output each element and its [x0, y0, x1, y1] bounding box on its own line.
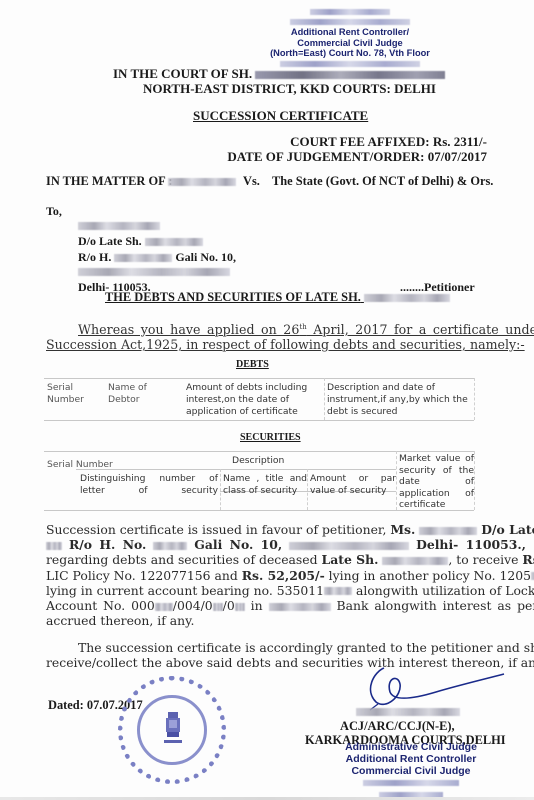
signature-icon — [356, 662, 506, 712]
district-line: NORTH-EAST DISTRICT, KKD COURTS: DELHI — [143, 81, 436, 97]
intro-line-2: Succession Act,1925, in respect of follo… — [46, 337, 525, 352]
securities-col-name-title: Name , title and class of security — [223, 473, 307, 497]
para-line: R/o H. No. Gali No. 10, Delhi- 110053., — [46, 537, 482, 552]
para-line: LIC Policy No. 122077156 and Rs. 52,205/… — [46, 568, 482, 583]
judgement-date: DATE OF JUDGEMENT/ORDER: 07/07/2017 — [227, 149, 487, 165]
para-line: regarding debts and securities of deceas… — [46, 552, 482, 567]
para-line: accrued thereon, if any. — [46, 613, 482, 628]
debts-securities-heading: THE DEBTS AND SECURITIES OF LATE SH. — [105, 290, 450, 305]
succession-certificate-page: Additional Rent Controller/ Commercial C… — [0, 0, 534, 800]
to-label: To, — [46, 204, 62, 219]
debts-col-serial: Serial Number — [47, 382, 107, 406]
text: Bank alongwith interest as per rules, — [331, 598, 534, 613]
page-title: SUCCESSION CERTIFICATE — [193, 108, 368, 124]
redacted — [235, 603, 245, 611]
redacted-name — [310, 9, 390, 15]
text: Ms. — [390, 522, 415, 537]
designation: ACJ/ARC/CCJ(N-E), — [340, 719, 455, 734]
address-ro: R/o H. Gali No. 10, — [78, 250, 236, 265]
matter-label: IN THE MATTER OF : — [46, 174, 172, 189]
redacted-house-no — [114, 254, 172, 262]
redacted-judge-name — [255, 71, 445, 79]
para-line: Succession certificate is issued in favo… — [46, 522, 482, 537]
text: LIC Policy No. 122077156 and — [46, 568, 242, 583]
address-do: D/o Late Sh. — [78, 234, 203, 249]
intro-text-rest: April, 2017 for a certificate under Part… — [307, 322, 534, 337]
ashoka-emblem-icon — [162, 710, 184, 748]
judge-stamp-line: Administrative Civil Judge — [336, 741, 486, 753]
redacted-deceased-name — [364, 294, 450, 302]
redacted-judge-name — [356, 708, 460, 716]
text: /0 — [223, 598, 235, 613]
respondent: The State (Govt. Of NCT of Delhi) & Ors. — [272, 174, 493, 189]
redacted-father-name — [145, 238, 203, 246]
judge-stamp-line: Commercial Civil Judge — [336, 765, 486, 777]
text: D/o Late Sh. — [481, 522, 534, 537]
issuance-paragraph: Succession certificate is issued in favo… — [46, 522, 482, 628]
redacted — [419, 527, 477, 535]
text: R/o H. No. — [69, 537, 146, 552]
securities-title: SECURITIES — [240, 432, 301, 443]
securities-col-description: Description — [232, 455, 312, 467]
court-seal-icon — [118, 676, 226, 784]
text: Late Sh. — [322, 552, 379, 567]
text: /004/0 — [173, 598, 213, 613]
debts-col-amount: Amount of debts including interest,on th… — [186, 382, 324, 418]
address-ro-prefix: R/o H. — [78, 250, 111, 264]
debts-heading-text: THE DEBTS AND SECURITIES OF LATE SH. — [105, 290, 361, 304]
para-line: Account No. 000/004/0/0 in Bank alongwit… — [46, 598, 482, 613]
address-ro-suffix: Gali No. 10, — [175, 250, 236, 264]
text: Delhi- 110053., — [416, 537, 526, 552]
stamp-line: Commercial Civil Judge — [250, 38, 450, 49]
para-line: lying in current account bearing no. 535… — [46, 583, 482, 598]
stamp-line: Additional Rent Controller/ — [250, 27, 450, 38]
securities-col-market-value: Market value of security of the date of … — [399, 453, 474, 511]
redacted — [324, 587, 352, 595]
address-do-text: D/o Late Sh. — [78, 234, 142, 248]
text: Rs. 52,205/- — [242, 568, 325, 583]
redacted — [363, 780, 459, 786]
versus: Vs. — [243, 174, 260, 189]
redacted-name — [290, 19, 410, 25]
redacted — [153, 542, 187, 550]
debts-title: DEBTS — [236, 359, 269, 370]
text: , to receive — [448, 552, 522, 567]
intro-text: Whereas you have applied on 26 — [78, 322, 299, 337]
text: Gali No. 10, — [194, 537, 282, 552]
text: Account No. 000 — [46, 598, 155, 613]
court-fee: COURT FEE AFFIXED: Rs. 2311/- — [290, 134, 487, 150]
court-line-text: IN THE COURT OF SH. — [113, 66, 252, 81]
redacted — [46, 542, 62, 550]
court-line: IN THE COURT OF SH. — [113, 66, 445, 82]
text: alongwith utilization of Locker No. — [352, 583, 534, 598]
securities-col-amount: Amount or par value of security — [310, 473, 396, 497]
text: in — [245, 598, 269, 613]
judge-stamp: Administrative Civil Judge Additional Re… — [336, 741, 486, 800]
text: regarding debts and securities of deceas… — [46, 552, 322, 567]
securities-col-distinguishing: Distinguishing number of letter of secur… — [80, 473, 218, 497]
debts-col-description: Description and date of instrument,if an… — [327, 382, 473, 418]
redacted — [213, 603, 223, 611]
stamp-line: (North=East) Court No. 78, Vth Floor — [250, 48, 450, 59]
text: lying in current account bearing no. 535… — [46, 583, 324, 598]
para-line: The succession certificate is accordingl… — [46, 640, 482, 655]
text: Succession certificate is issued in favo… — [46, 522, 390, 537]
redacted — [382, 557, 448, 565]
intro-line-1: Whereas you have applied on 26th April, … — [78, 322, 482, 337]
securities-col-serial: Serial Number — [47, 459, 127, 471]
redacted — [155, 603, 173, 611]
text: lying in another policy No. 1205 — [325, 568, 531, 583]
judge-stamp-line: Additional Rent Controller — [336, 753, 486, 765]
text: Rs. 40,213/- — [522, 552, 534, 567]
redacted-bank-name — [269, 603, 331, 611]
intro-sup: th — [299, 323, 306, 331]
court-stamp-top: Additional Rent Controller/ Commercial C… — [250, 6, 450, 69]
redacted-locality — [78, 268, 230, 276]
redacted-petitioner — [168, 178, 236, 186]
debts-col-debtor: Name of Debtor — [108, 382, 178, 406]
redacted-petitioner-name — [78, 222, 160, 230]
redacted — [289, 542, 409, 550]
